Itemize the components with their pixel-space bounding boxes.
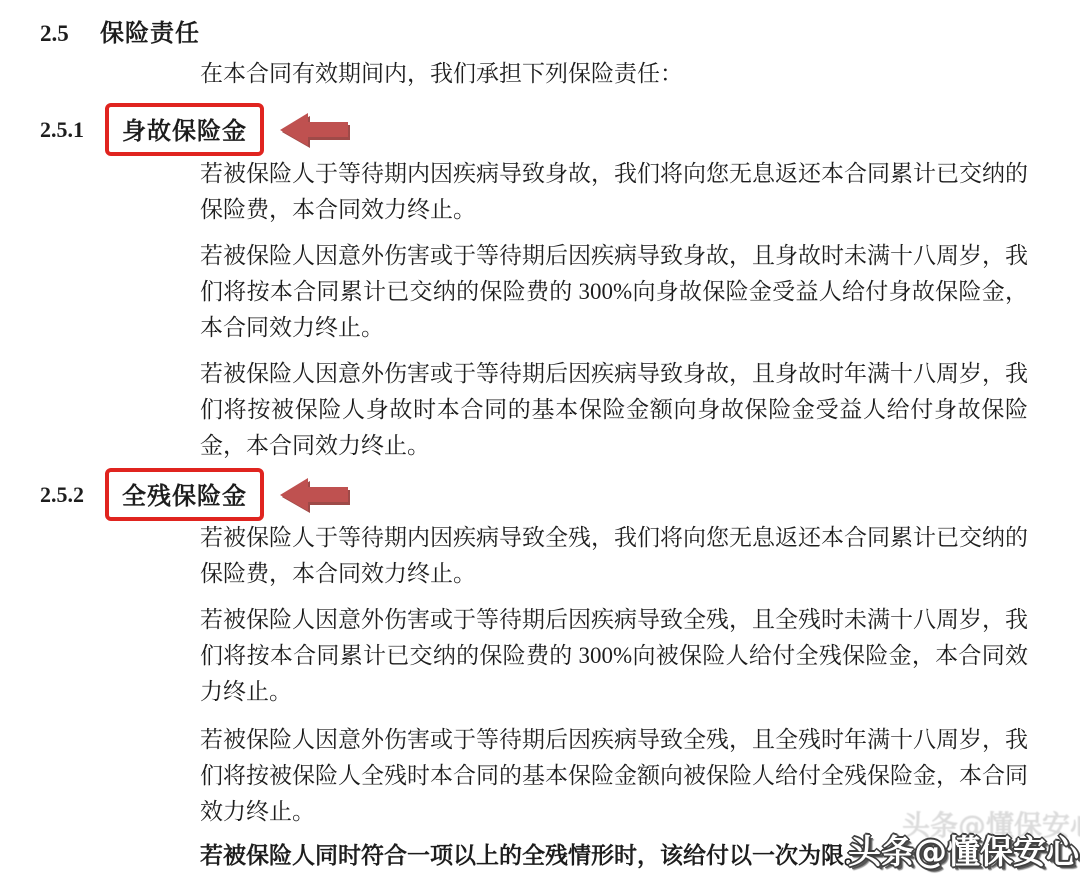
subsection-heading-2-5-2: 2.5.2 全残保险金 bbox=[40, 468, 352, 521]
watermark: 头条@懂保安心 bbox=[848, 826, 1079, 873]
paragraph: 若被保险人因意外伤害或于等待期后因疾病导致身故，且身故时年满十八周岁，我们将按被… bbox=[200, 356, 1028, 464]
red-arrow-icon bbox=[278, 110, 352, 150]
highlight-box: 身故保险金 bbox=[105, 103, 264, 156]
paragraph: 若被保险人于等待期内因疾病导致全残，我们将向您无息返还本合同累计已交纳的保险费，… bbox=[200, 520, 1028, 592]
section-intro: 在本合同有效期间内，我们承担下列保险责任： bbox=[200, 56, 1040, 92]
highlight-box: 全残保险金 bbox=[105, 468, 264, 521]
subsection-heading-2-5-1: 2.5.1 身故保险金 bbox=[40, 103, 352, 156]
paragraph: 若被保险人于等待期内因疾病导致身故，我们将向您无息返还本合同累计已交纳的保险费，… bbox=[200, 156, 1028, 228]
red-arrow-icon bbox=[278, 475, 352, 515]
section-number: 2.5 bbox=[40, 21, 100, 47]
subsection-number: 2.5.1 bbox=[40, 117, 105, 143]
section-title: 保险责任 bbox=[100, 13, 200, 48]
subsection-title: 身故保险金 bbox=[122, 119, 247, 145]
subsection-number: 2.5.2 bbox=[40, 482, 105, 508]
paragraph: 若被保险人因意外伤害或于等待期后因疾病导致身故，且身故时未满十八周岁，我们将按本… bbox=[200, 238, 1028, 346]
section-heading: 2.5 保险责任 bbox=[40, 13, 200, 48]
subsection-title: 全残保险金 bbox=[122, 484, 247, 510]
paragraph: 若被保险人因意外伤害或于等待期后因疾病导致全残，且全残时未满十八周岁，我们将按本… bbox=[200, 602, 1028, 710]
document-page: 2.5 保险责任 在本合同有效期间内，我们承担下列保险责任： 2.5.1 身故保… bbox=[0, 0, 1080, 890]
